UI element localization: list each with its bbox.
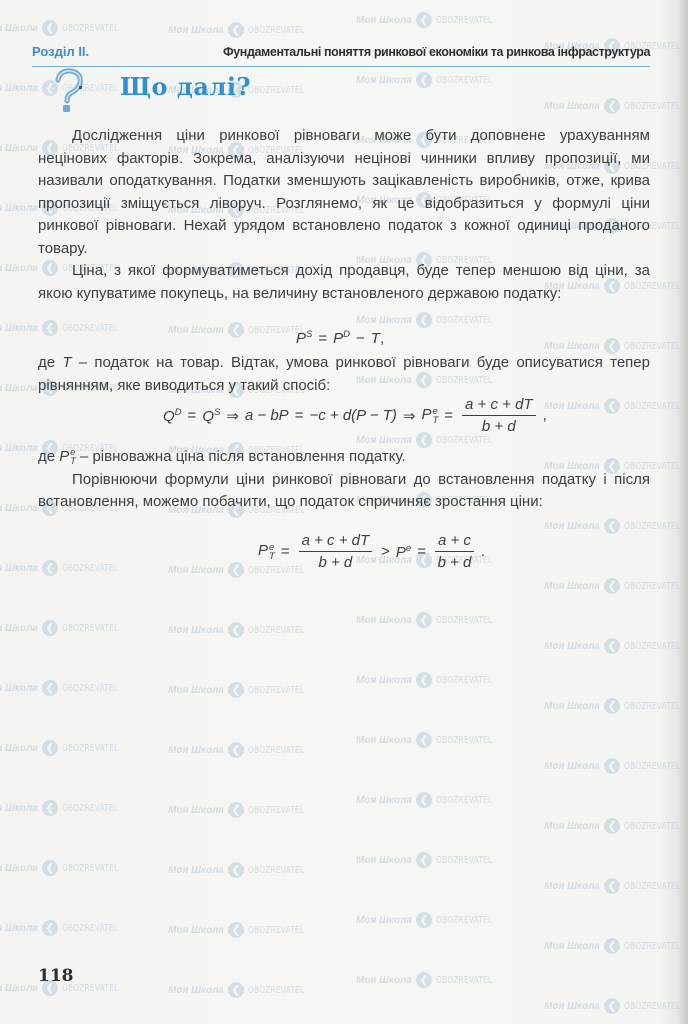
page-number: 118 <box>38 966 74 986</box>
fraction: a + c b + d <box>435 532 474 571</box>
paragraph-5: Порівнюючи формули ціни ринкової рівнова… <box>38 469 650 514</box>
paragraph-2: Ціна, з якої формуватиметься дохід прода… <box>38 260 650 305</box>
formula-term: Pe <box>396 543 411 561</box>
paragraph-3-block: де T – податок на товар. Відтак, умова р… <box>38 352 650 397</box>
fraction: a + c + dT b + d <box>299 532 373 571</box>
formula-supply-price: PS = PD − T, <box>296 329 384 347</box>
chapter-title: Фундаментальні поняття ринкової економік… <box>142 45 650 59</box>
section-heading: Що далі? <box>80 72 251 101</box>
formula-term: T, <box>371 330 384 347</box>
textbook-page: Моя Школа❮OBOZREVATELМоя Школа❮OBOZREVAT… <box>0 0 688 1024</box>
paragraph-1: Дослідження ціни ринкової рівноваги може… <box>38 125 650 260</box>
formula-term: QD <box>163 407 182 425</box>
formula-equilibrium-derivation: QD = QS ⇒ a − bP = −c + d(P − T) ⇒ PeT =… <box>163 396 547 435</box>
paragraph-3: де T – податок на товар. Відтак, умова р… <box>38 352 650 397</box>
formula-term: PS <box>296 329 312 347</box>
formula-price-comparison: PeT = a + c + dT b + d > Pe = a + c b + … <box>258 532 485 571</box>
formula-term: PeT <box>258 542 275 560</box>
page-content: Розділ II. Фундаментальні поняття ринков… <box>0 0 688 1024</box>
formula-term: PeT <box>421 406 438 424</box>
formula-term: QS <box>202 407 220 425</box>
paragraph-4-block: де PeT – рівноважна ціна після встановле… <box>38 446 650 514</box>
running-head: Розділ II. Фундаментальні поняття ринков… <box>32 44 650 67</box>
paragraph-4: де PeT – рівноважна ціна після встановле… <box>38 446 650 469</box>
section-title: Що далі? <box>120 72 251 101</box>
question-mark-icon <box>52 68 86 114</box>
formula-term: PD <box>333 329 350 347</box>
fraction: a + c + dT b + d <box>462 396 536 435</box>
chapter-label: Розділ II. <box>32 44 142 59</box>
paragraph-1-block: Дослідження ціни ринкової рівноваги може… <box>38 125 650 305</box>
